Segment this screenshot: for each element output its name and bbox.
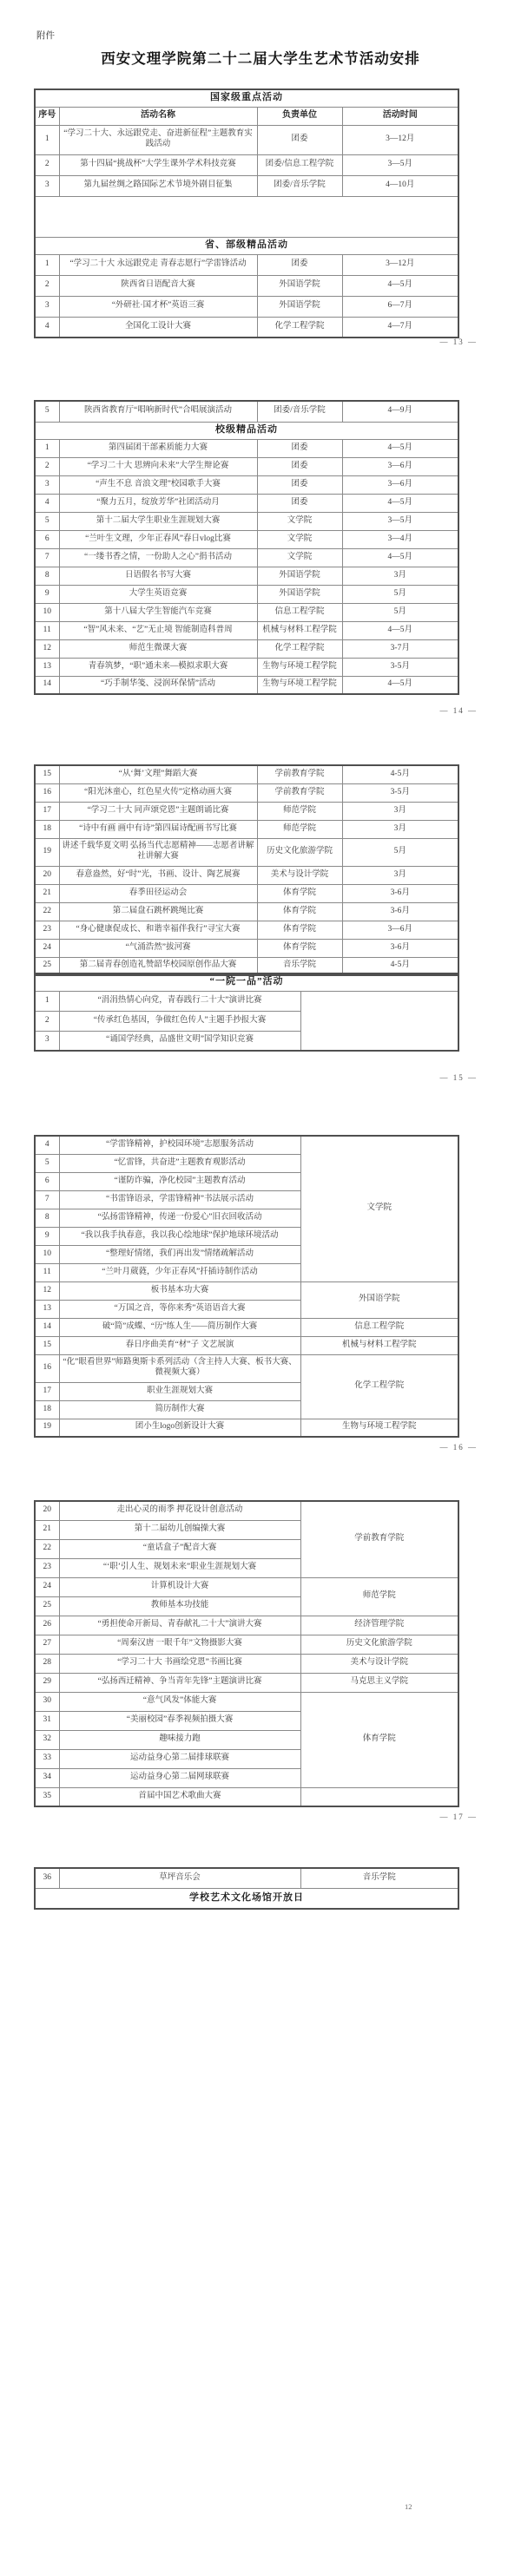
section-header-cell: “一院一品”活动 <box>35 973 458 991</box>
page-footer-5: — 17 — <box>440 1812 478 1821</box>
table-row: 12师范生微课大赛化学工程学院3-7月 <box>35 639 458 658</box>
table-cell: 5 <box>35 401 59 422</box>
table-row: 国家级重点活动 <box>35 89 458 107</box>
table-page-1: 国家级重点活动序号活动名称负责单位活动时间1“学习二十大、永远跟党走、奋进新征程… <box>34 88 459 338</box>
table-row: 24“气涌浩然”拔河赛体育学院3-6月 <box>35 939 458 957</box>
table-cell: 1 <box>35 439 59 457</box>
table-cell: 学前教育学院 <box>300 1501 458 1577</box>
table-cell: 25 <box>35 1596 59 1616</box>
table-cell: 3月 <box>342 866 458 884</box>
table-cell: 运动益身心第二届排球联赛 <box>59 1749 300 1768</box>
table-cell: “阳光沐童心，红色星火传”定格动画大赛 <box>59 783 257 802</box>
table-cell: 教师基本功技能 <box>59 1596 300 1616</box>
table-cell: 4 <box>35 1136 59 1154</box>
table-cell: 春季田径运动会 <box>59 884 257 902</box>
table-row: 1“学习二十大、永远跟党走、奋进新征程”主题教育实践活动团委3—12月 <box>35 125 458 154</box>
table-cell: 历史文化旅游学院 <box>300 1635 458 1654</box>
table-cell: “从‘舞’文理”舞蹈大赛 <box>59 765 257 783</box>
table-cell: 10 <box>35 1245 59 1263</box>
table-cell: 6—7月 <box>342 296 458 317</box>
table-cell: 日语假名书写大赛 <box>59 567 257 585</box>
table-cell: “巧手制华笺、浸润环保情”活动 <box>59 676 257 694</box>
table-cell: 36 <box>35 1868 59 1888</box>
table-cell: 3 <box>35 1031 59 1051</box>
table-cell: 体育学院 <box>257 902 342 921</box>
table-page-6: 36草坪音乐会音乐学院学校艺术文化场馆开放日 <box>34 1867 459 1910</box>
table-cell: 草坪音乐会 <box>59 1868 300 1888</box>
table-cell: 7 <box>35 548 59 567</box>
section-header-cell: 校级精品活动 <box>35 422 458 439</box>
table-cell: 学前教育学院 <box>257 783 342 802</box>
table-row: 3第九届丝绸之路国际艺术节境外剧目征集团委/音乐学院4—10月 <box>35 175 458 196</box>
table-cell: 化学工程学院 <box>300 1354 458 1419</box>
table-row: 26“勇担使命开新局、青春献礼二十大”演讲大赛经济管理学院 <box>35 1616 458 1635</box>
table-cell: 第十八届大学生智能汽车竞赛 <box>59 603 257 621</box>
table-cell: 美术与设计学院 <box>257 866 342 884</box>
table-cell: 21 <box>35 1520 59 1539</box>
table-cell: 3-5月 <box>342 658 458 676</box>
table-cell: 3-6月 <box>342 902 458 921</box>
table-cell: 4—5月 <box>342 676 458 694</box>
table-cell: 团委 <box>257 439 342 457</box>
table-row: 28“学习二十大 书画绘党恩”书画比赛美术与设计学院 <box>35 1654 458 1673</box>
table-cell: 34 <box>35 1768 59 1787</box>
table-cell: 8 <box>35 1209 59 1227</box>
table-page-3-upper-grid: 15“从‘舞’文理”舞蹈大赛学前教育学院4-5月16“阳光沐童心，红色星火传”定… <box>34 764 459 976</box>
table-cell: 团委/音乐学院 <box>257 401 342 422</box>
table-row: 21春季田径运动会体育学院3-6月 <box>35 884 458 902</box>
table-cell: “外研社·国才杯”英语三赛 <box>59 296 257 317</box>
table-cell: “整理好情绪，我们再出发”情绪疏解活动 <box>59 1245 300 1263</box>
table-cell: 活动名称 <box>59 107 257 125</box>
table-cell: 17 <box>35 802 59 820</box>
table-cell: 5月 <box>342 585 458 603</box>
table-cell: “涓涓热情心向党，青春践行二十大”演讲比赛 <box>59 991 300 1011</box>
table-cell: “声生不息 音浪文理”校园歌手大赛 <box>59 475 257 494</box>
table-cell: 3-5月 <box>342 783 458 802</box>
table-cell: 4—9月 <box>342 401 458 422</box>
table-cell: 序号 <box>35 107 59 125</box>
table-cell: 2 <box>35 154 59 175</box>
table-cell: 青春筑梦，“职”通未来—模拟求职大赛 <box>59 658 257 676</box>
table-cell: 4—10月 <box>342 175 458 196</box>
table-row: 30“意气风发”体能大赛体育学院 <box>35 1692 458 1711</box>
table-cell: 18 <box>35 820 59 838</box>
table-row: 序号活动名称负责单位活动时间 <box>35 107 458 125</box>
table-row: 20走出心灵的雨季 押花设计创意活动学前教育学院 <box>35 1501 458 1520</box>
table-cell: 活动时间 <box>342 107 458 125</box>
table-cell: 4 <box>35 317 59 338</box>
table-row: 29“弘扬西迁精神、争当青年先锋”主题演讲比赛马克思主义学院 <box>35 1673 458 1692</box>
table-cell: 第九届丝绸之路国际艺术节境外剧目征集 <box>59 175 257 196</box>
table-cell: “智”风未来、“艺”无止境 智能制造科普周 <box>59 621 257 639</box>
table-cell: 经济管理学院 <box>300 1616 458 1635</box>
page-footer-2: — 14 — <box>440 706 478 715</box>
table-cell: 8 <box>35 567 59 585</box>
table-row: 1“涓涓热情心向党，青春践行二十大”演讲比赛 <box>35 991 458 1011</box>
table-cell: “一缕书香之情，一份助人之心”捐书活动 <box>59 548 257 567</box>
table-cell: 机械与材料工程学院 <box>300 1336 458 1354</box>
table-cell: “弘扬西迁精神、争当青年先锋”主题演讲比赛 <box>59 1673 300 1692</box>
table-cell: 文学院 <box>300 1136 458 1281</box>
table-cell: 19 <box>35 1419 59 1437</box>
table-cell: 6 <box>35 530 59 548</box>
table-row: 18“诗中有画 画中有诗”第四届诗配画书写比赛师范学院3月 <box>35 820 458 838</box>
table-cell: 文学院 <box>257 548 342 567</box>
table-cell: 第十二届大学生职业生涯规划大赛 <box>59 512 257 530</box>
table-page-5: 20走出心灵的雨季 押花设计创意活动学前教育学院21第十二届幼儿创编操大赛22“… <box>34 1500 459 1807</box>
table-cell: 全国化工设计大赛 <box>59 317 257 338</box>
table-cell: 外国语学院 <box>257 585 342 603</box>
table-cell: 17 <box>35 1382 59 1400</box>
table-cell: “我以我手执春意，我以我心绘地球”保护地球环境活动 <box>59 1227 300 1245</box>
table-cell: 外国语学院 <box>257 275 342 296</box>
table-row: 5第十二届大学生职业生涯规划大赛文学院3—5月 <box>35 512 458 530</box>
page-title: 西安文理学院第二十二届大学生艺术节活动安排 <box>0 47 521 68</box>
table-page-3-lower-grid: “一院一品”活动1“涓涓热情心向党，青春践行二十大”演讲比赛2“传承红色基因，争… <box>34 973 459 1052</box>
table-cell: 11 <box>35 1263 59 1281</box>
table-cell: 音乐学院 <box>300 1868 458 1888</box>
table-row: 14“巧手制华笺、浸润环保情”活动生物与环境工程学院4—5月 <box>35 676 458 694</box>
table-cell: 3月 <box>342 802 458 820</box>
table-row <box>35 196 458 237</box>
table-cell: “化”眼看世界”师路奥斯卡系列活动（含主持人大赛、板书大赛、微视频大赛） <box>59 1354 300 1382</box>
table-row: 17“学习二十大 同声颂党恩”主题朗诵比赛师范学院3月 <box>35 802 458 820</box>
table-cell: 9 <box>35 1227 59 1245</box>
table-cell: 15 <box>35 1336 59 1354</box>
table-cell: 外国语学院 <box>257 567 342 585</box>
table-cell: 化学工程学院 <box>257 639 342 658</box>
table-cell: 3—6月 <box>342 457 458 475</box>
table-cell: 体育学院 <box>257 921 342 939</box>
table-cell: 13 <box>35 1300 59 1318</box>
table-row: 36草坪音乐会音乐学院 <box>35 1868 458 1888</box>
table-cell: 3-6月 <box>342 939 458 957</box>
table-cell: “弘扬雷锋精神，传递一份爱心”旧衣回收活动 <box>59 1209 300 1227</box>
table-cell: “忆雷锋，共奋进”主题教育观影活动 <box>59 1154 300 1172</box>
table-cell: 师范生微课大赛 <box>59 639 257 658</box>
table-cell: 2 <box>35 457 59 475</box>
table-row: 24计算机设计大赛师范学院 <box>35 1577 458 1596</box>
table-cell: 文学院 <box>257 512 342 530</box>
section-header-cell: 国家级重点活动 <box>35 89 458 107</box>
section-header-cell: 省、部级精品活动 <box>35 237 458 254</box>
bottom-page-number: 12 <box>405 2502 412 2511</box>
table-cell: 21 <box>35 884 59 902</box>
table-cell: 板书基本功大赛 <box>59 1281 300 1300</box>
table-cell: 团委 <box>257 254 342 275</box>
table-cell: “聚力五月，绽放芳华”社团活动月 <box>59 494 257 512</box>
page-footer-3: — 15 — <box>440 1073 478 1082</box>
table-row: 15“从‘舞’文理”舞蹈大赛学前教育学院4-5月 <box>35 765 458 783</box>
table-cell: 职业生涯规划大赛 <box>59 1382 300 1400</box>
table-cell: 3-6月 <box>342 884 458 902</box>
table-cell: 3—12月 <box>342 125 458 154</box>
table-cell: 首届中国艺术歌曲大赛 <box>59 1787 300 1806</box>
table-cell: 16 <box>35 783 59 802</box>
table-cell: 4—5月 <box>342 621 458 639</box>
table-row: 35首届中国艺术歌曲大赛 <box>35 1787 458 1806</box>
table-row: 8日语假名书写大赛外国语学院3月 <box>35 567 458 585</box>
table-page-6-grid: 36草坪音乐会音乐学院学校艺术文化场馆开放日 <box>34 1867 459 1910</box>
attachment-label: 附件 <box>36 29 55 42</box>
table-cell: 5月 <box>342 838 458 866</box>
table-cell: 体育学院 <box>300 1692 458 1787</box>
table-cell: 16 <box>35 1354 59 1382</box>
table-cell: 3—5月 <box>342 154 458 175</box>
table-cell: “学习二十大 永远跟党走 青春志愿行”学雷锋活动 <box>59 254 257 275</box>
table-cell: 2 <box>35 275 59 296</box>
table-cell: 23 <box>35 1558 59 1577</box>
table-row: 7“一缕书香之情，一份助人之心”捐书活动文学院4—5月 <box>35 548 458 567</box>
table-row: 4“聚力五月，绽放芳华”社团活动月团委4—5月 <box>35 494 458 512</box>
table-cell: 外国语学院 <box>300 1281 458 1318</box>
table-row: 27“周秦汉唐 一眼千年”文物摄影大赛历史文化旅游学院 <box>35 1635 458 1654</box>
table-row: 13青春筑梦，“职”通未来—模拟求职大赛生物与环境工程学院3-5月 <box>35 658 458 676</box>
table-cell: 26 <box>35 1616 59 1635</box>
table-cell: 15 <box>35 765 59 783</box>
table-cell: 生物与环境工程学院 <box>300 1419 458 1437</box>
table-cell: 12 <box>35 1281 59 1300</box>
table-cell: 4—5月 <box>342 494 458 512</box>
table-cell: 4-5月 <box>342 765 458 783</box>
table-cell: “气涌浩然”拔河赛 <box>59 939 257 957</box>
table-cell: 大学生英语竞赛 <box>59 585 257 603</box>
document-page: 附件 西安文理学院第二十二届大学生艺术节活动安排 国家级重点活动序号活动名称负责… <box>0 0 521 2576</box>
table-cell: “意气风发”体能大赛 <box>59 1692 300 1711</box>
table-cell: 35 <box>35 1787 59 1806</box>
table-cell: 6 <box>35 1172 59 1190</box>
table-cell: “‘职’引人生、规划未来”职业生涯规划大赛 <box>59 1558 300 1577</box>
table-cell: 1 <box>35 991 59 1011</box>
table-page-3-lower: “一院一品”活动1“涓涓热情心向党，青春践行二十大”演讲比赛2“传承红色基因，争… <box>34 973 459 1052</box>
table-cell: “身心健康促成长、和谐幸福伴我行”寻宝大赛 <box>59 921 257 939</box>
table-cell: “周秦汉唐 一眼千年”文物摄影大赛 <box>59 1635 300 1654</box>
table-cell: 23 <box>35 921 59 939</box>
table-cell: 文学院 <box>257 530 342 548</box>
table-cell: 走出心灵的雨季 押花设计创意活动 <box>59 1501 300 1520</box>
table-cell: 体育学院 <box>257 884 342 902</box>
table-cell: 7 <box>35 1190 59 1209</box>
table-row: 19讲述千载华夏文明 弘扬当代志愿精神——志愿者讲解社讲解大赛历史文化旅游学院5… <box>35 838 458 866</box>
table-row: 16“阳光沐童心，红色星火传”定格动画大赛学前教育学院3-5月 <box>35 783 458 802</box>
table-cell: “谨防诈骗，净化校园”主题教育活动 <box>59 1172 300 1190</box>
table-cell: “诵国学经典，品盛世文明”国学知识竞赛 <box>59 1031 300 1051</box>
table-cell: 14 <box>35 1318 59 1336</box>
table-page-2: 5陕西省教育厅“唱响新时代”合唱展演活动团委/音乐学院4—9月校级精品活动1第四… <box>34 400 459 695</box>
table-row: 19团小生logo创新设计大赛生物与环境工程学院 <box>35 1419 458 1437</box>
table-cell: 师范学院 <box>257 820 342 838</box>
table-cell: 30 <box>35 1692 59 1711</box>
table-cell: 3—5月 <box>342 512 458 530</box>
table-cell: 3月 <box>342 820 458 838</box>
table-row: 9大学生英语竞赛外国语学院5月 <box>35 585 458 603</box>
table-cell: “勇担使命开新局、青春献礼二十大”演讲大赛 <box>59 1616 300 1635</box>
table-cell: 春日序曲美育“材”子 文艺展演 <box>59 1336 300 1354</box>
table-cell: 31 <box>35 1711 59 1730</box>
table-cell: 信息工程学院 <box>257 603 342 621</box>
table-cell: “书雷锋语录，学雷锋精神”书法展示活动 <box>59 1190 300 1209</box>
table-row: 4“学雷锋精神，护校园环境”志愿服务活动文学院 <box>35 1136 458 1154</box>
table-cell: 1 <box>35 125 59 154</box>
table-cell <box>300 991 458 1051</box>
table-cell: 陕西省日语配音大赛 <box>59 275 257 296</box>
table-row: 12板书基本功大赛外国语学院 <box>35 1281 458 1300</box>
table-cell: 机械与材料工程学院 <box>257 621 342 639</box>
table-row: 2“学习二十大 思辨向未来”大学生辩论赛团委3—6月 <box>35 457 458 475</box>
table-cell: 24 <box>35 939 59 957</box>
table-cell: 讲述千载华夏文明 弘扬当代志愿精神——志愿者讲解社讲解大赛 <box>59 838 257 866</box>
table-row: “一院一品”活动 <box>35 973 458 991</box>
table-row: 22第二届盘石跳杯跳绳比赛体育学院3-6月 <box>35 902 458 921</box>
table-cell: 团委 <box>257 125 342 154</box>
table-cell: 团委/信息工程学院 <box>257 154 342 175</box>
table-row: 省、部级精品活动 <box>35 237 458 254</box>
table-cell: 33 <box>35 1749 59 1768</box>
table-cell: 4—5月 <box>342 439 458 457</box>
page-footer-4: — 16 — <box>440 1443 478 1452</box>
table-row: 5陕西省教育厅“唱响新时代”合唱展演活动团委/音乐学院4—9月 <box>35 401 458 422</box>
table-cell: 32 <box>35 1730 59 1749</box>
table-cell: 2 <box>35 1011 59 1031</box>
table-cell: 9 <box>35 585 59 603</box>
table-cell: 20 <box>35 1501 59 1520</box>
table-cell: 团小生logo创新设计大赛 <box>59 1419 300 1437</box>
table-cell: 4—7月 <box>342 317 458 338</box>
table-page-1-grid: 国家级重点活动序号活动名称负责单位活动时间1“学习二十大、永远跟党走、奋进新征程… <box>34 88 459 338</box>
table-cell: 13 <box>35 658 59 676</box>
table-row: 20春意盎然，好“时”光，书画、设计、陶艺展赛美术与设计学院3月 <box>35 866 458 884</box>
table-cell: 学前教育学院 <box>257 765 342 783</box>
table-cell: “诗中有画 画中有诗”第四届诗配画书写比赛 <box>59 820 257 838</box>
table-page-4: 4“学雷锋精神，护校园环境”志愿服务活动文学院5“忆雷锋，共奋进”主题教育观影活… <box>34 1135 459 1438</box>
table-row: 11“智”风未来、“艺”无止境 智能制造科普周机械与材料工程学院4—5月 <box>35 621 458 639</box>
table-row: 3“外研社·国才杯”英语三赛外国语学院6—7月 <box>35 296 458 317</box>
table-row: 2第十四届“挑战杯”大学生课外学术科技竞赛团委/信息工程学院3—5月 <box>35 154 458 175</box>
table-cell: 团委/音乐学院 <box>257 175 342 196</box>
table-row: 6“兰叶生文理，少年正春风”春日vlog比赛文学院3—4月 <box>35 530 458 548</box>
table-cell: 28 <box>35 1654 59 1673</box>
section-header-cell: 学校艺术文化场馆开放日 <box>35 1888 458 1909</box>
table-cell: 3—4月 <box>342 530 458 548</box>
table-page-5-grid: 20走出心灵的雨季 押花设计创意活动学前教育学院21第十二届幼儿创编操大赛22“… <box>34 1500 459 1807</box>
table-cell: 体育学院 <box>257 939 342 957</box>
table-cell <box>35 196 458 237</box>
table-cell: 5 <box>35 1154 59 1172</box>
table-cell: 生物与环境工程学院 <box>257 676 342 694</box>
table-cell: 20 <box>35 866 59 884</box>
table-cell: 3—6月 <box>342 921 458 939</box>
table-row: 3“声生不息 音浪文理”校园歌手大赛团委3—6月 <box>35 475 458 494</box>
table-row: 校级精品活动 <box>35 422 458 439</box>
table-cell: 团委 <box>257 494 342 512</box>
table-cell: “学习二十大、永远跟党走、奋进新征程”主题教育实践活动 <box>59 125 257 154</box>
table-cell: 5月 <box>342 603 458 621</box>
table-row: 学校艺术文化场馆开放日 <box>35 1888 458 1909</box>
table-cell: 22 <box>35 1539 59 1558</box>
table-cell: 11 <box>35 621 59 639</box>
table-page-2-grid: 5陕西省教育厅“唱响新时代”合唱展演活动团委/音乐学院4—9月校级精品活动1第四… <box>34 400 459 695</box>
table-cell: “万国之音，等你来秀”英语语音大赛 <box>59 1300 300 1318</box>
table-cell: 简历制作大赛 <box>59 1400 300 1419</box>
table-cell: 10 <box>35 603 59 621</box>
table-cell: “学雷锋精神，护校园环境”志愿服务活动 <box>59 1136 300 1154</box>
table-row: 1“学习二十大 永远跟党走 青春志愿行”学雷锋活动团委3—12月 <box>35 254 458 275</box>
table-cell: 3 <box>35 475 59 494</box>
table-cell: 第四届团干部素质能力大赛 <box>59 439 257 457</box>
table-cell: 生物与环境工程学院 <box>257 658 342 676</box>
table-cell: “美丽校园”春季视频拍摄大赛 <box>59 1711 300 1730</box>
table-cell: 12 <box>35 639 59 658</box>
table-cell: 18 <box>35 1400 59 1419</box>
table-cell: 陕西省教育厅“唱响新时代”合唱展演活动 <box>59 401 257 422</box>
table-cell: 27 <box>35 1635 59 1654</box>
table-cell: 趣味接力跑 <box>59 1730 300 1749</box>
table-cell: “学习二十大 同声颂党恩”主题朗诵比赛 <box>59 802 257 820</box>
table-cell: 3 <box>35 175 59 196</box>
table-row: 1第四届团干部素质能力大赛团委4—5月 <box>35 439 458 457</box>
table-row: 14破“简”成蝶、“历”练人生——简历制作大赛信息工程学院 <box>35 1318 458 1336</box>
table-cell: 1 <box>35 254 59 275</box>
table-cell: “学习二十大 书画绘党恩”书画比赛 <box>59 1654 300 1673</box>
table-cell: 第十四届“挑战杯”大学生课外学术科技竞赛 <box>59 154 257 175</box>
table-cell: 4—5月 <box>342 548 458 567</box>
table-row: 23“身心健康促成长、和谐幸福伴我行”寻宝大赛体育学院3—6月 <box>35 921 458 939</box>
table-cell: 3月 <box>342 567 458 585</box>
table-cell: “传承红色基因，争做红色传人”主题手抄报大赛 <box>59 1011 300 1031</box>
table-cell: 团委 <box>257 475 342 494</box>
table-cell: 美术与设计学院 <box>300 1654 458 1673</box>
table-cell: 春意盎然，好“时”光，书画、设计、陶艺展赛 <box>59 866 257 884</box>
table-cell: “兰叶生文理，少年正春风”春日vlog比赛 <box>59 530 257 548</box>
table-cell: 4 <box>35 494 59 512</box>
table-cell: 第二届盘石跳杯跳绳比赛 <box>59 902 257 921</box>
table-cell: 4—5月 <box>342 275 458 296</box>
table-cell: 计算机设计大赛 <box>59 1577 300 1596</box>
table-cell: 19 <box>35 838 59 866</box>
table-cell: 3-7月 <box>342 639 458 658</box>
table-row: 4全国化工设计大赛化学工程学院4—7月 <box>35 317 458 338</box>
table-cell: 马克思主义学院 <box>300 1673 458 1692</box>
table-cell: 14 <box>35 676 59 694</box>
table-cell: 师范学院 <box>257 802 342 820</box>
table-row: 16“化”眼看世界”师路奥斯卡系列活动（含主持人大赛、板书大赛、微视频大赛）化学… <box>35 1354 458 1382</box>
table-cell <box>300 1787 458 1806</box>
table-cell: “兰叶月葳蕤，少年正春风”扦插诗制作活动 <box>59 1263 300 1281</box>
table-cell: 29 <box>35 1673 59 1692</box>
table-cell: 3—12月 <box>342 254 458 275</box>
table-cell: 信息工程学院 <box>300 1318 458 1336</box>
table-page-4-grid: 4“学雷锋精神，护校园环境”志愿服务活动文学院5“忆雷锋，共奋进”主题教育观影活… <box>34 1135 459 1438</box>
table-cell: 第十二届幼儿创编操大赛 <box>59 1520 300 1539</box>
table-cell: 5 <box>35 512 59 530</box>
table-row: 2陕西省日语配音大赛外国语学院4—5月 <box>35 275 458 296</box>
table-cell: 22 <box>35 902 59 921</box>
table-cell: 化学工程学院 <box>257 317 342 338</box>
table-cell: 破“简”成蝶、“历”练人生——简历制作大赛 <box>59 1318 300 1336</box>
table-cell: 3 <box>35 296 59 317</box>
table-page-3-upper: 15“从‘舞’文理”舞蹈大赛学前教育学院4-5月16“阳光沐童心，红色星火传”定… <box>34 764 459 976</box>
table-cell: 3—6月 <box>342 475 458 494</box>
table-cell: 外国语学院 <box>257 296 342 317</box>
table-cell: 运动益身心第二届网球联赛 <box>59 1768 300 1787</box>
table-cell: 24 <box>35 1577 59 1596</box>
table-cell: 师范学院 <box>300 1577 458 1616</box>
table-cell: 负责单位 <box>257 107 342 125</box>
table-cell: “童话盒子”配音大赛 <box>59 1539 300 1558</box>
table-row: 15春日序曲美育“材”子 文艺展演机械与材料工程学院 <box>35 1336 458 1354</box>
table-cell: 历史文化旅游学院 <box>257 838 342 866</box>
